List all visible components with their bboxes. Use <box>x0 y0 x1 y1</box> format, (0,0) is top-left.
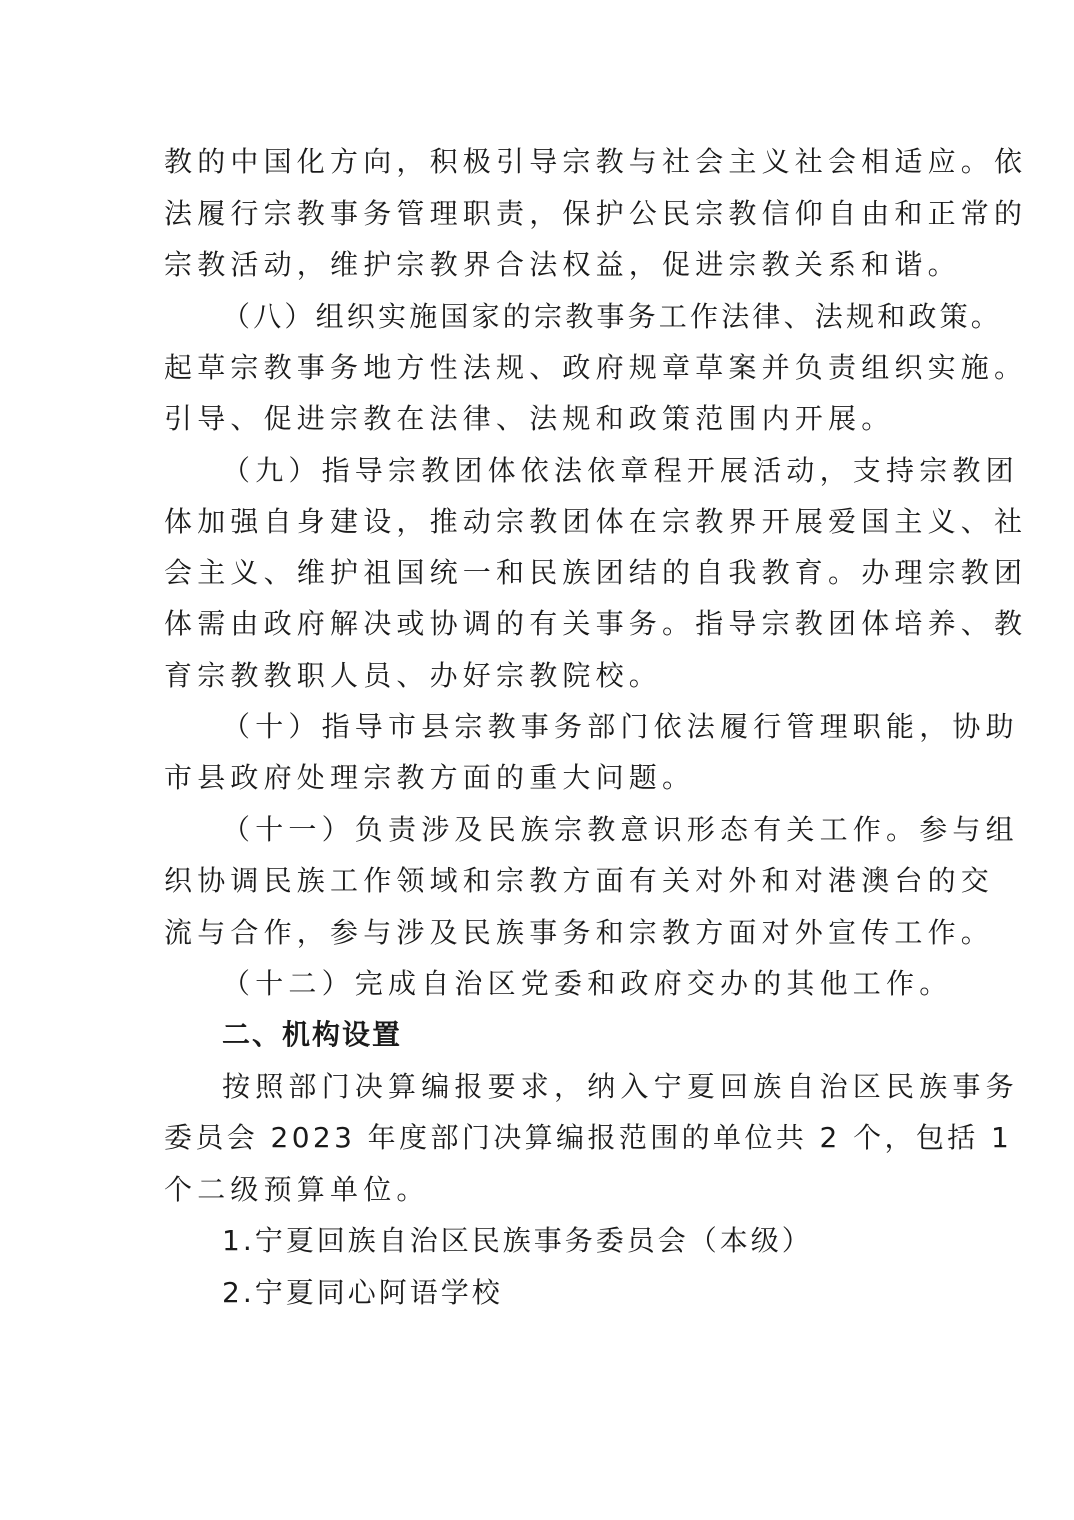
text-line: 教的中国化方向，积极引导宗教与社会主义社会相适应。依 <box>164 142 914 182</box>
text-line: 宗教活动，维护宗教界合法权益，促进宗教关系和谐。 <box>164 245 914 285</box>
paragraph-12-line: （十二）完成自治区党委和政府交办的其他工作。 <box>222 964 972 1004</box>
paragraph-10-line: （十）指导市县宗教事务部门依法履行管理职能，协助 <box>222 707 972 747</box>
text-line: 体加强自身建设，推动宗教团体在宗教界开展爱国主义、社 <box>164 502 914 542</box>
paragraph-11-line: （十一）负责涉及民族宗教意识形态有关工作。参与组 <box>222 810 972 850</box>
section-body-line: 个二级预算单位。 <box>164 1170 914 1210</box>
paragraph-9-line: （九）指导宗教团体依法依章程开展活动，支持宗教团 <box>222 451 972 491</box>
text-line: 织协调民族工作领域和宗教方面有关对外和对港澳台的交 <box>164 861 914 901</box>
text-line: 法履行宗教事务管理职责，保护公民宗教信仰自由和正常的 <box>164 194 914 234</box>
section-body-line: 委员会 2023 年度部门决算编报范围的单位共 2 个，包括 1 <box>164 1118 914 1158</box>
text-line: 市县政府处理宗教方面的重大问题。 <box>164 758 914 798</box>
document-page: 教的中国化方向，积极引导宗教与社会主义社会相适应。依 法履行宗教事务管理职责，保… <box>0 0 1074 1520</box>
text-line: 体需由政府解决或协调的有关事务。指导宗教团体培养、教 <box>164 604 914 644</box>
section-body-line: 按照部门决算编报要求，纳入宁夏回族自治区民族事务 <box>222 1067 972 1107</box>
text-line: 育宗教教职人员、办好宗教院校。 <box>164 656 914 696</box>
section-heading: 二、机构设置 <box>222 1015 972 1055</box>
text-line: 引导、促进宗教在法律、法规和政策范围内开展。 <box>164 399 914 439</box>
unit-list-item: 1.宁夏回族自治区民族事务委员会（本级） <box>222 1221 972 1261</box>
paragraph-8-line: （八）组织实施国家的宗教事务工作法律、法规和政策。 <box>222 297 972 337</box>
unit-list-item: 2.宁夏同心阿语学校 <box>222 1273 972 1313</box>
text-line: 流与合作，参与涉及民族事务和宗教方面对外宣传工作。 <box>164 913 914 953</box>
text-line: 起草宗教事务地方性法规、政府规章草案并负责组织实施。 <box>164 348 914 388</box>
text-line: 会主义、维护祖国统一和民族团结的自我教育。办理宗教团 <box>164 553 914 593</box>
